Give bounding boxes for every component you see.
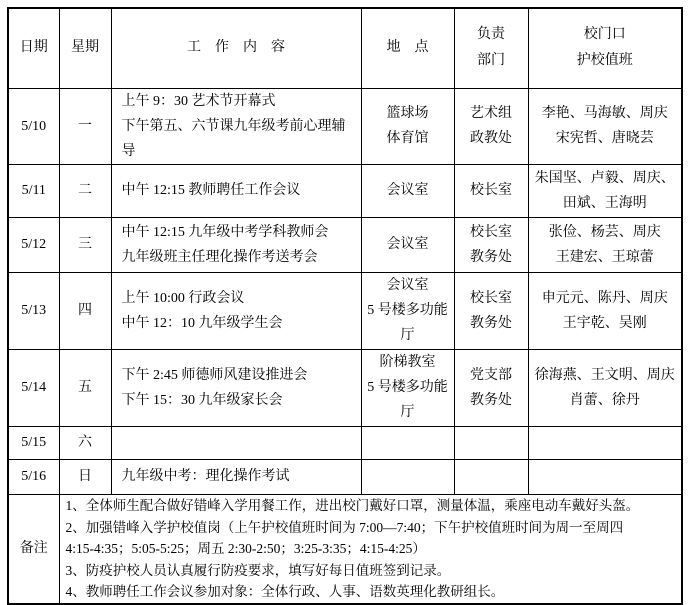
content-cell: 中午 12:15 教师聘任工作会议 bbox=[111, 164, 361, 217]
location-cell: 阶梯教室 5 号楼多功能 厅 bbox=[361, 349, 454, 426]
weekday-cell: 四 bbox=[59, 272, 111, 349]
content-cell: 中午 12:15 九年级中考学科教师会 九年级班主任理化操作考送考会 bbox=[111, 217, 361, 272]
content-cell: 上午 10:00 行政会议 中午 12：10 九年级学生会 bbox=[111, 272, 361, 349]
header-row: 日期 星期 工 作 内 容 地 点 负责 部门 校门口 护校值班 bbox=[8, 8, 682, 88]
header-duty: 校门口 护校值班 bbox=[528, 8, 682, 88]
header-location: 地 点 bbox=[361, 8, 454, 88]
department-cell: 校长室 教务处 bbox=[454, 217, 528, 272]
table-row: 5/14 五 下午 2:45 师德师风建设推进会 下午 15：30 九年级家长会… bbox=[8, 349, 682, 426]
department-cell bbox=[454, 426, 528, 459]
schedule-table: 日期 星期 工 作 内 容 地 点 负责 部门 校门口 护校值班 5/10 一 … bbox=[7, 7, 683, 605]
table-row: 5/15 六 bbox=[8, 426, 682, 459]
header-date: 日期 bbox=[8, 8, 59, 88]
location-cell: 会议室 bbox=[361, 164, 454, 217]
table-row: 5/12 三 中午 12:15 九年级中考学科教师会 九年级班主任理化操作考送考… bbox=[8, 217, 682, 272]
date-cell: 5/15 bbox=[8, 426, 59, 459]
date-cell: 5/13 bbox=[8, 272, 59, 349]
date-cell: 5/11 bbox=[8, 164, 59, 217]
location-cell bbox=[361, 459, 454, 494]
department-cell: 校长室 教务处 bbox=[454, 272, 528, 349]
remarks-row: 备注 1、全体师生配合做好错峰入学用餐工作，进出校门戴好口罩，测量体温，乘座电动… bbox=[8, 494, 682, 604]
weekday-cell: 三 bbox=[59, 217, 111, 272]
duty-roster-cell: 申元元、陈丹、周庆 王宇乾、吴刚 bbox=[528, 272, 682, 349]
header-weekday: 星期 bbox=[59, 8, 111, 88]
location-cell: 会议室 5 号楼多功能 厅 bbox=[361, 272, 454, 349]
content-cell: 上午 9：30 艺术节开幕式 下午第五、六节课九年级考前心理辅导 bbox=[111, 88, 361, 164]
duty-roster-cell: 张俭、杨芸、周庆 王建宏、王琼蕾 bbox=[528, 217, 682, 272]
duty-roster-cell: 朱国坚、卢毅、周庆、 田斌、王海明 bbox=[528, 164, 682, 217]
department-cell: 党支部 教务处 bbox=[454, 349, 528, 426]
header-content: 工 作 内 容 bbox=[111, 8, 361, 88]
table-row: 5/10 一 上午 9：30 艺术节开幕式 下午第五、六节课九年级考前心理辅导 … bbox=[8, 88, 682, 164]
remarks-content: 1、全体师生配合做好错峰入学用餐工作，进出校门戴好口罩，测量体温，乘座电动车戴好… bbox=[59, 494, 682, 604]
content-cell: 下午 2:45 师德师风建设推进会 下午 15：30 九年级家长会 bbox=[111, 349, 361, 426]
date-cell: 5/14 bbox=[8, 349, 59, 426]
table-row: 5/13 四 上午 10:00 行政会议 中午 12：10 九年级学生会 会议室… bbox=[8, 272, 682, 349]
department-cell bbox=[454, 459, 528, 494]
table-row: 5/11 二 中午 12:15 教师聘任工作会议 会议室 校长室 朱国坚、卢毅、… bbox=[8, 164, 682, 217]
table-row: 5/16 日 九年级中考：理化操作考试 bbox=[8, 459, 682, 494]
date-cell: 5/10 bbox=[8, 88, 59, 164]
department-cell: 艺术组 政教处 bbox=[454, 88, 528, 164]
location-cell bbox=[361, 426, 454, 459]
weekday-cell: 日 bbox=[59, 459, 111, 494]
content-cell bbox=[111, 426, 361, 459]
date-cell: 5/12 bbox=[8, 217, 59, 272]
weekday-cell: 一 bbox=[59, 88, 111, 164]
date-cell: 5/16 bbox=[8, 459, 59, 494]
duty-roster-cell bbox=[528, 459, 682, 494]
weekday-cell: 五 bbox=[59, 349, 111, 426]
duty-roster-cell bbox=[528, 426, 682, 459]
weekday-cell: 二 bbox=[59, 164, 111, 217]
duty-roster-cell: 徐海燕、王文明、周庆 肖蕾、徐丹 bbox=[528, 349, 682, 426]
location-cell: 会议室 bbox=[361, 217, 454, 272]
duty-roster-cell: 李艳、马海敏、周庆 宋宪哲、唐晓芸 bbox=[528, 88, 682, 164]
department-cell: 校长室 bbox=[454, 164, 528, 217]
location-cell: 篮球场 体育馆 bbox=[361, 88, 454, 164]
header-department: 负责 部门 bbox=[454, 8, 528, 88]
content-cell: 九年级中考：理化操作考试 bbox=[111, 459, 361, 494]
weekday-cell: 六 bbox=[59, 426, 111, 459]
remarks-label: 备注 bbox=[8, 494, 59, 604]
